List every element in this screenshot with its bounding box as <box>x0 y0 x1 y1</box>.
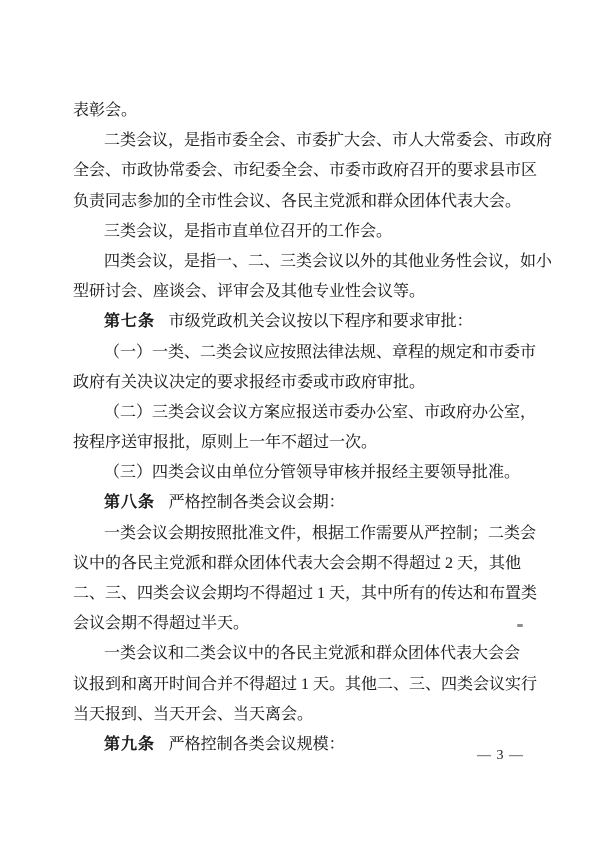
doc-line: 议中的各民主党派和群众团体代表大会会期不得超过 2 天，其他 <box>73 549 555 579</box>
doc-line: 二、三、四类会议会期均不得超过 1 天，其中所有的传达和布置类 <box>73 579 555 609</box>
article-9-text: 严格控制各类会议规模： <box>169 736 345 753</box>
article-7-number: 第七条 <box>104 313 155 330</box>
doc-line: 全会、市政协常委会、市纪委全会、市委市政府召开的要求县市区 <box>73 156 555 186</box>
scanned-page: 表彰会。 二类会议，是指市委全会、市委扩大会、市人大常委会、市政府 全会、市政协… <box>0 0 600 843</box>
doc-line: 按程序送审报批，原则上一年不超过一次。 <box>73 428 555 458</box>
doc-line: 表彰会。 <box>73 96 555 126</box>
scan-noise-speck <box>517 624 523 627</box>
article-9-number: 第九条 <box>104 736 155 753</box>
article-7-heading: 第七条市级党政机关会议按以下程序和要求审批： <box>73 307 555 337</box>
doc-line: 四类会议，是指一、二、三类会议以外的其他业务性会议，如小 <box>73 247 555 277</box>
doc-line: 三类会议，是指市直单位召开的工作会。 <box>73 217 555 247</box>
article-7-text: 市级党政机关会议按以下程序和要求审批： <box>169 313 473 330</box>
doc-line: 会议会期不得超过半天。 <box>73 609 555 639</box>
page-number: — 3 — <box>477 748 557 764</box>
doc-line: （一）一类、二类会议应按照法律法规、章程的规定和市委市 <box>73 338 555 368</box>
doc-line: 一类会议和二类会议中的各民主党派和群众团体代表大会会 <box>73 639 555 669</box>
doc-line: 当天报到、当天开会、当天离会。 <box>73 700 555 730</box>
article-8-number: 第八条 <box>104 494 155 511</box>
doc-line: 型研讨会、座谈会、评审会及其他专业性会议等。 <box>73 277 555 307</box>
doc-line: 议报到和离开时间合并不得超过 1 天。其他二、三、四类会议实行 <box>73 670 555 700</box>
doc-line: 二类会议，是指市委全会、市委扩大会、市人大常委会、市政府 <box>73 126 555 156</box>
doc-line: （三）四类会议由单位分管领导审核并报经主要领导批准。 <box>73 458 555 488</box>
doc-line: 负责同志参加的全市性会议、各民主党派和群众团体代表大会。 <box>73 187 555 217</box>
article-8-text: 严格控制各类会议会期： <box>169 494 345 511</box>
article-8-heading: 第八条严格控制各类会议会期： <box>73 488 555 518</box>
doc-line: 政府有关决议决定的要求报经市委或市政府审批。 <box>73 368 555 398</box>
document-body: 表彰会。 二类会议，是指市委全会、市委扩大会、市人大常委会、市政府 全会、市政协… <box>73 96 555 760</box>
doc-line: 一类会议会期按照批准文件，根据工作需要从严控制；二类会 <box>73 519 555 549</box>
doc-line: （二）三类会议会议方案应报送市委办公室、市政府办公室， <box>73 398 555 428</box>
